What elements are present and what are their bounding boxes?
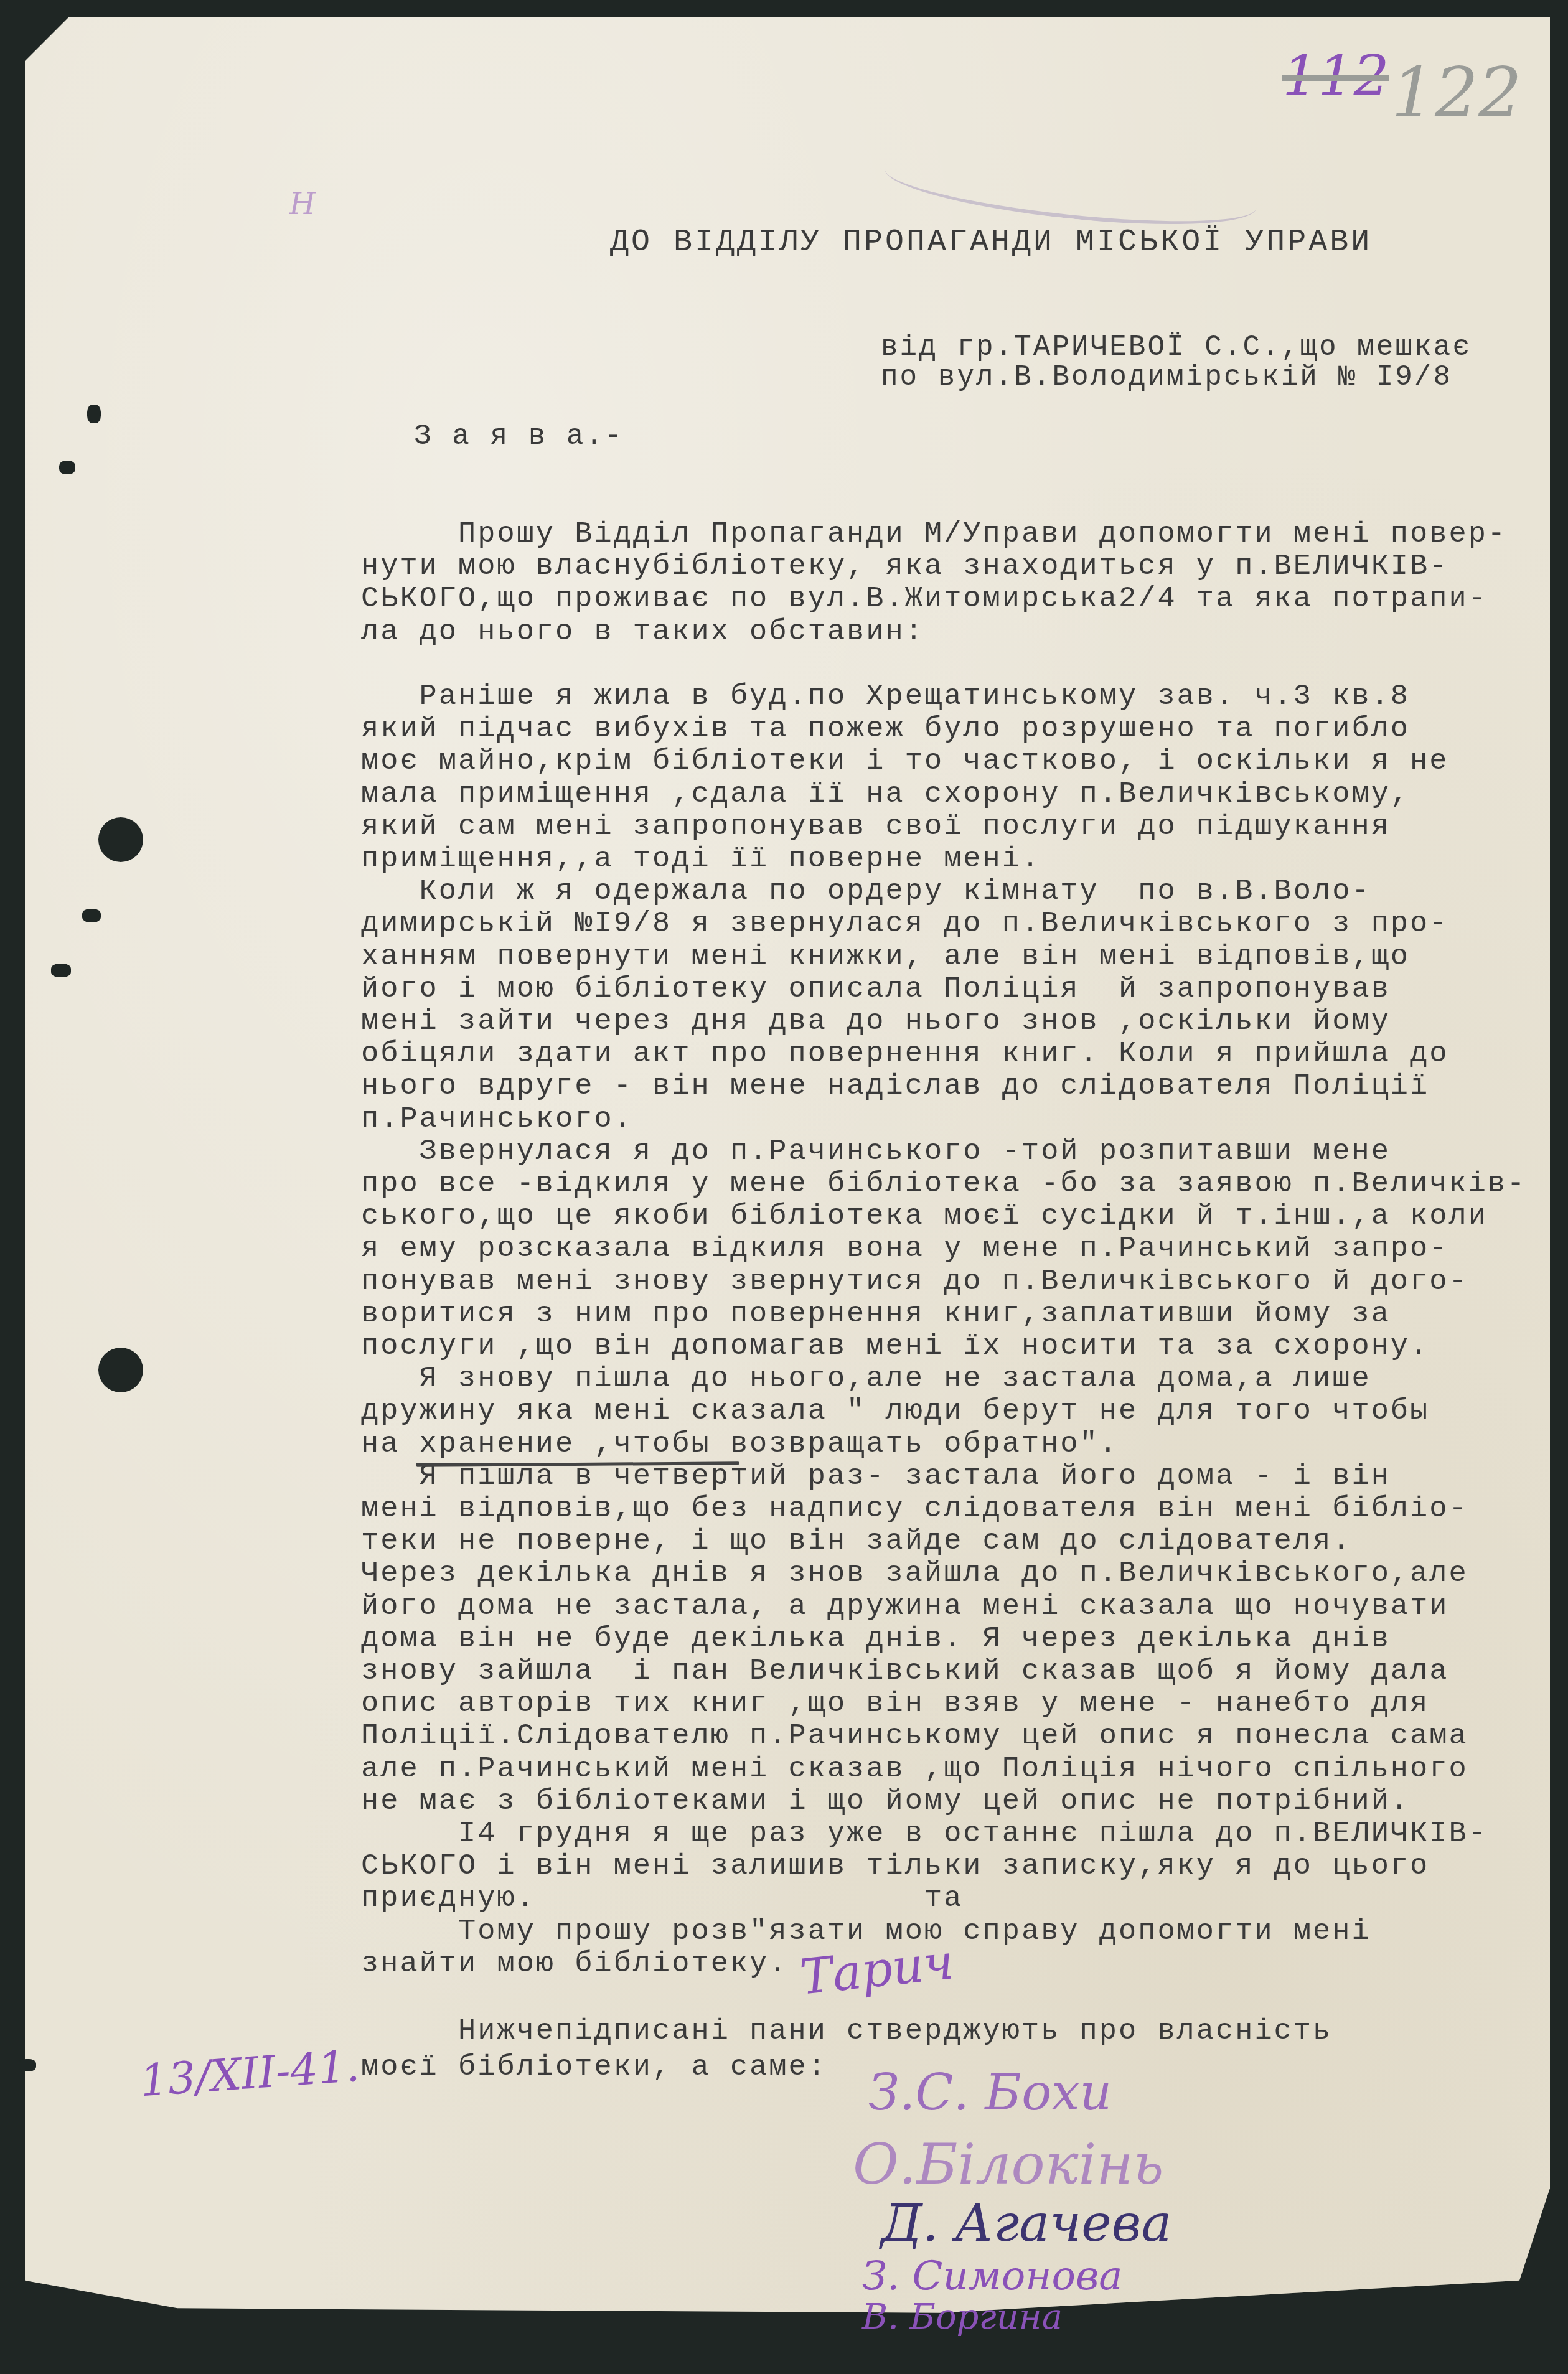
- witness-signature: О.Білокінь: [853, 2132, 1164, 2197]
- text-line: який сам мені запропонував свої послуги …: [361, 812, 1391, 842]
- text-line: димирській №I9/8 я звернулася до п.Велич…: [361, 909, 1448, 939]
- text-line: Я знову пішла до нього,але не застала до…: [361, 1364, 1371, 1394]
- text-line: мала приміщення ,сдала її на схорону п.В…: [361, 780, 1410, 809]
- binder-mark: [19, 2059, 36, 2071]
- binder-mark: [82, 909, 101, 922]
- text-line: який підчас вибухів та пожеж було розруш…: [361, 715, 1410, 744]
- text-line: Поліції.Слідователю п.Рачинському цей оп…: [361, 1722, 1468, 1751]
- text-line: знайти мою бібліотеку.: [361, 1949, 789, 1979]
- text-line: дружину яка мені сказала " люди берут не…: [361, 1397, 1429, 1426]
- text-line: його дома не застала, а дружина мені ска…: [361, 1592, 1448, 1621]
- folio-number: 122: [1391, 53, 1522, 133]
- text-line: нути мою власнубібліотеку, яка знаходить…: [361, 552, 1448, 581]
- text-line: Нижчепідписані пани стверджують про влас…: [361, 2017, 1332, 2046]
- text-line: про все -відкиля у мене бібліотека -бо з…: [361, 1170, 1526, 1199]
- text-line: п.Рачинського.: [361, 1105, 633, 1134]
- binder-mark: [59, 461, 75, 474]
- text-line: опис авторів тих книг ,що він взяв у мен…: [361, 1689, 1429, 1719]
- top-left-note: Н: [289, 187, 316, 222]
- text-line: теки не поверне, і що він зайде сам до с…: [361, 1527, 1351, 1556]
- text-line: воритися з ним про повернення книг,запла…: [361, 1300, 1391, 1329]
- witness-signature: В. Боргина: [862, 2297, 1063, 2337]
- text-line: але п.Рачинський мені сказав ,що Поліція…: [361, 1755, 1468, 1784]
- text-line: мені зайти через дня два до нього знов ,…: [361, 1007, 1391, 1036]
- text-line: I4 грудня я ще раз уже в останнє пішла д…: [361, 1819, 1488, 1849]
- text-line: дома він не буде декілька днів. Я через …: [361, 1625, 1391, 1654]
- text-line: на хранение ,чтобы возвращать обратно".: [361, 1430, 1119, 1459]
- text-line: ського,що це якоби бібліотека моєї сусід…: [361, 1202, 1488, 1231]
- text-line: Коли ж я одержала по ордеру кімнату по в…: [361, 877, 1371, 906]
- text-line: приміщення,,а тоді її поверне мені.: [361, 845, 1041, 874]
- text-line: понував мені знову звернутися до п.Велич…: [361, 1267, 1468, 1297]
- text-line: мені відповів,що без надпису слідователя…: [361, 1494, 1468, 1524]
- addressee-heading: ДО ВІДДІЛУ ПРОПАГАНДИ МІСЬКОЇ УПРАВИ: [610, 227, 1372, 258]
- text-line: Прошу Відділ Пропаганди М/Управи допомог…: [361, 520, 1507, 549]
- text-line: СЬКОГО,що проживає по вул.В.Житомирська2…: [361, 584, 1488, 614]
- document-title: З а я в а.-: [414, 422, 624, 451]
- text-line: його і мою бібліотеку описала Поліція й …: [361, 975, 1391, 1004]
- binder-mark: [51, 964, 71, 977]
- witness-signature: Д. Агачева: [881, 2194, 1171, 2253]
- sender-address: по вул.В.Володимірській № I9/8: [881, 363, 1452, 392]
- text-line: Через декілька днів я знов зайшла до п.В…: [361, 1559, 1468, 1588]
- text-line: ханням повернути мені книжки, але він ме…: [361, 942, 1410, 972]
- folio-number-crossed: 112: [1282, 44, 1389, 109]
- text-line: приєдную. та: [361, 1884, 963, 1913]
- punch-hole: [98, 1348, 143, 1392]
- text-line: Раніше я жила в буд.по Хрещатинському за…: [361, 682, 1410, 711]
- text-line: ла до нього в таких обставин:: [361, 617, 924, 647]
- text-line: моєї бібліотеки, а саме:: [361, 2053, 827, 2082]
- text-line: Тому прошу розв"язати мою справу допомог…: [361, 1917, 1371, 1946]
- binder-mark: [87, 405, 101, 423]
- witness-signature: З. Симонова: [862, 2253, 1122, 2299]
- sender-line: від гр.ТАРИЧЕВОЇ С.С.,що мешкає: [881, 333, 1472, 362]
- text-line: знову зайшла і пан Величківський сказав …: [361, 1657, 1448, 1686]
- text-line: СЬКОГО і він мені залишив тільки записку…: [361, 1852, 1429, 1881]
- text-line: нього вдруге - він мене надіслав до слід…: [361, 1072, 1429, 1101]
- witness-signature: З.С. Бохи: [868, 2063, 1112, 2121]
- punch-hole: [98, 817, 143, 862]
- text-line: моє майно,крім бібліотеки і то частково,…: [361, 747, 1448, 776]
- text-line: Я пішла в четвертий раз- застала його до…: [361, 1462, 1391, 1491]
- text-line: послуги ,що він допомагав мені їх носити…: [361, 1332, 1429, 1361]
- text-line: обіцяли здати акт про повернення книг. К…: [361, 1039, 1448, 1069]
- text-line: не має з бібліотеками і що йому цей опис…: [361, 1787, 1410, 1816]
- text-line: Звернулася я до п.Рачинського -той розпи…: [361, 1137, 1391, 1166]
- text-line: я ему розсказала відкиля вона у мене п.Р…: [361, 1234, 1448, 1264]
